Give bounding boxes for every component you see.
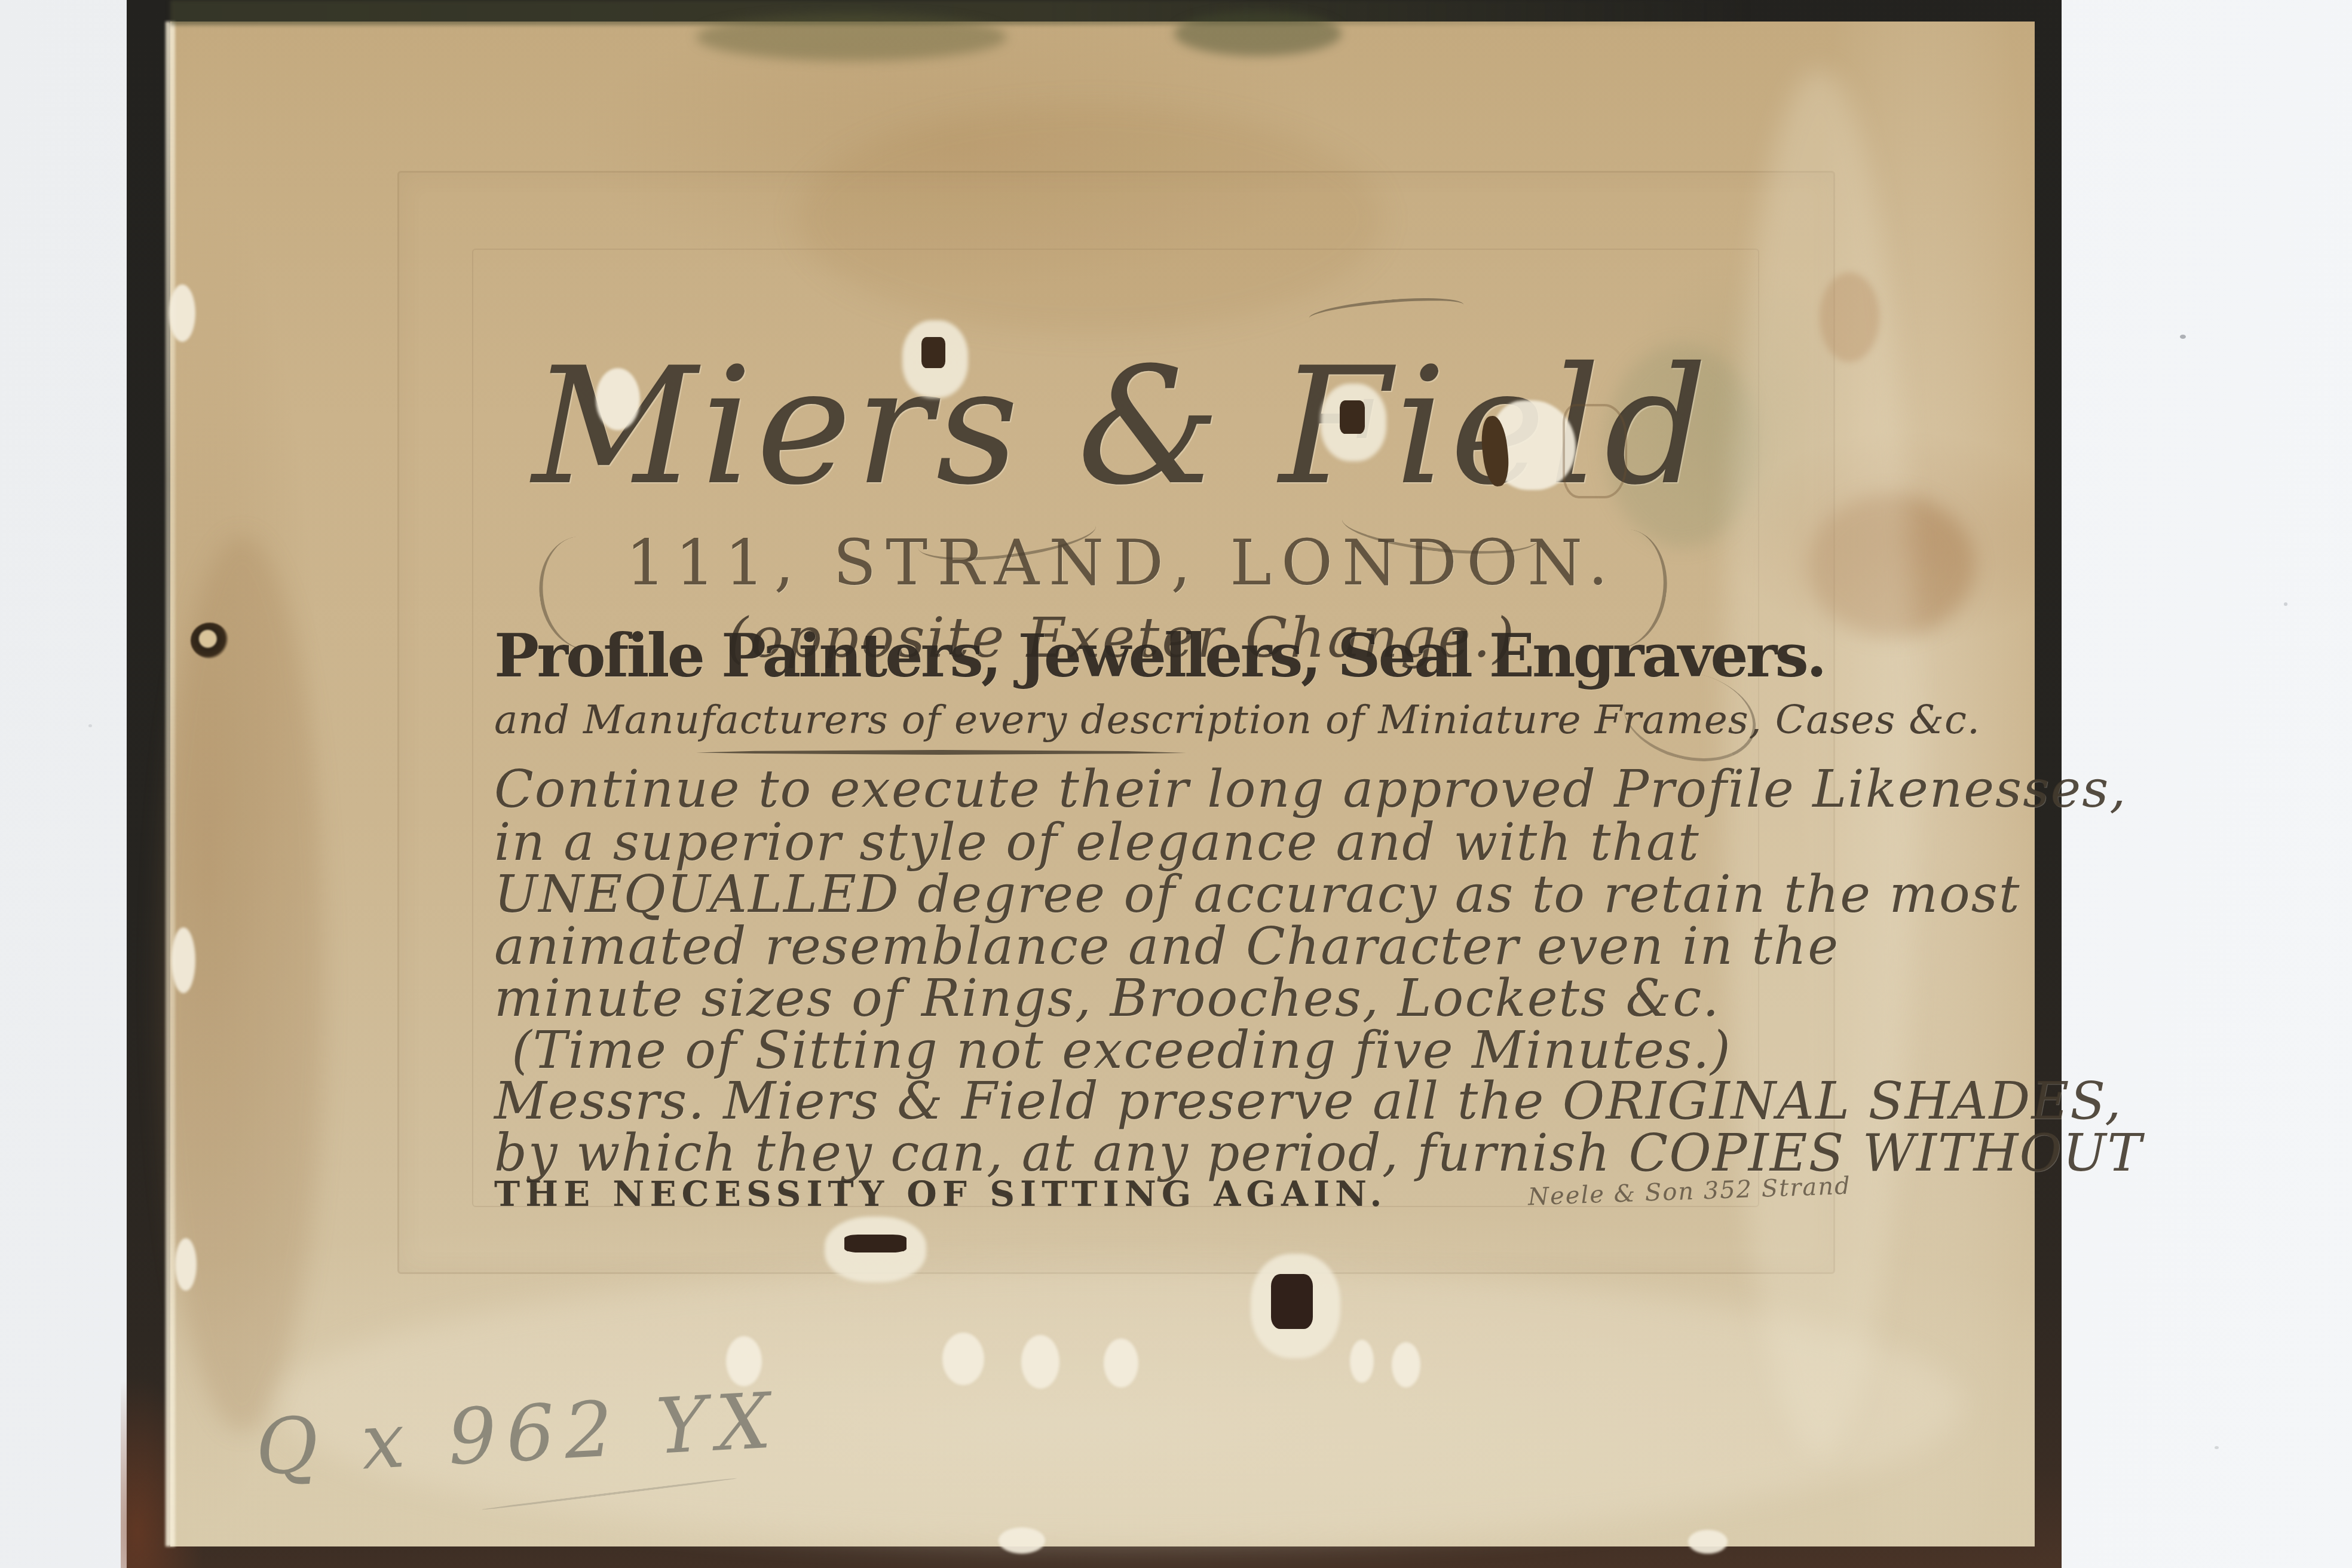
- chip-row-1: [726, 1336, 762, 1386]
- chip-row-2: [942, 1333, 984, 1385]
- photo: { "label": { "title": "Miers & Field", "…: [0, 0, 2352, 1568]
- chip-row-6: [1392, 1342, 1420, 1388]
- backing-board: Miers & Field 111, STRAND, LONDON. (oppo…: [127, 0, 2062, 1568]
- seal-mark: [191, 623, 229, 659]
- body-line-minute: minute sizes of Rings, Brooches, Lockets…: [494, 969, 1749, 1028]
- nail-hole-top-left: [921, 337, 945, 368]
- body-line-superior: in a superior style of elegance and with…: [494, 813, 1749, 872]
- dust-speck-3: [2215, 1446, 2219, 1449]
- dust-speck-2: [2284, 602, 2287, 606]
- trade-label: Miers & Field 111, STRAND, LONDON. (oppo…: [494, 22, 1749, 1546]
- body-line-unequalled: UNEQUALLED degree of accuracy as to reta…: [494, 865, 1749, 924]
- gouge-outline: [1563, 404, 1627, 498]
- slot-hole: [844, 1235, 906, 1252]
- dust-speck-1: [2180, 335, 2186, 339]
- chip-row-3: [1021, 1335, 1059, 1389]
- left-edge-chip-3: [175, 1238, 197, 1291]
- label-paper: Miers & Field 111, STRAND, LONDON. (oppo…: [170, 22, 2035, 1546]
- chip-row-5: [1350, 1340, 1374, 1383]
- label-address: 111, STRAND, LONDON.: [494, 526, 1749, 599]
- label-trades: Profile Painters, Jewellers, Seal Engrav…: [494, 620, 1749, 691]
- left-edge-chip-1: [169, 284, 195, 342]
- body-line-messrs: Messrs. Miers & Field preserve all the O…: [494, 1071, 1749, 1131]
- nail-hole-top-right: [1340, 400, 1365, 434]
- chip-bottom-edge-1: [999, 1527, 1045, 1554]
- body-line-animated: animated resemblance and Character even …: [494, 917, 1749, 976]
- dust-speck-4: [88, 724, 92, 727]
- square-hole: [1271, 1274, 1313, 1329]
- label-manufacturers: and Manufacturers of every description o…: [494, 697, 1749, 743]
- chip-title-left: [596, 368, 640, 430]
- chip-row-4: [1104, 1339, 1138, 1388]
- left-edge-chip-2: [171, 927, 195, 993]
- body-line-continue: Continue to execute their long approved …: [494, 759, 1749, 819]
- chip-bottom-edge-2: [1688, 1530, 1728, 1554]
